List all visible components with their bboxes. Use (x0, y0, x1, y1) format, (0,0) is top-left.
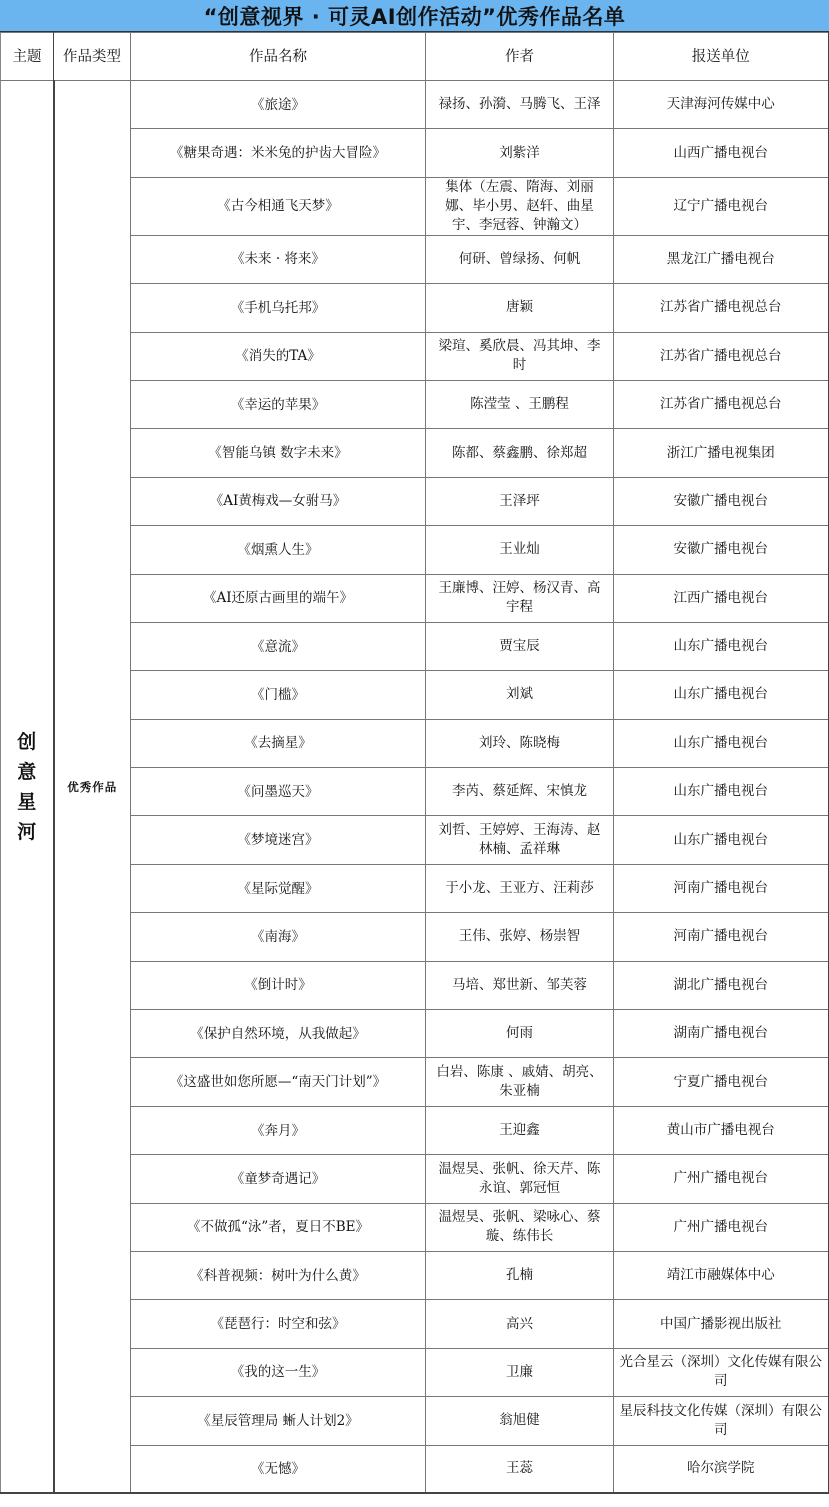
author-cell: 温煜昊、张帆、徐天芹、陈永谊、郭冠恒 (426, 1155, 614, 1203)
author-cell: 贾宝辰 (426, 622, 614, 670)
author-cell: 翁旭健 (426, 1397, 614, 1445)
document-title: “创意视界 · 可灵AI创作活动”优秀作品名单 (0, 0, 829, 32)
author-cell: 白岩、陈康 、戚婧、胡亮、朱亚楠 (426, 1058, 614, 1106)
submitting-unit-cell: 湖南广播电视台 (614, 1010, 829, 1058)
author-cell: 何研、曾绿扬、何帆 (426, 235, 614, 283)
theme-char: 河 (5, 817, 49, 847)
work-name-cell: 《不做孤“泳”者，夏日不BE》 (131, 1203, 426, 1251)
author-cell: 王蕊 (426, 1445, 614, 1493)
work-name-cell: 《手机乌托邦》 (131, 284, 426, 332)
author-cell: 集体（左震、隋海、刘丽娜、毕小男、赵轩、曲星宇、李冠蓉、钟瀚文） (426, 177, 614, 235)
author-cell: 梁瑄、奚欣晨、冯其坤、李时 (426, 332, 614, 380)
submitting-unit-cell: 湖北广播电视台 (614, 961, 829, 1009)
submitting-unit-cell: 江西广播电视台 (614, 574, 829, 622)
author-cell: 马培、郑世新、邹芙蓉 (426, 961, 614, 1009)
work-name-cell: 《意流》 (131, 622, 426, 670)
submitting-unit-cell: 靖江市融媒体中心 (614, 1251, 829, 1299)
work-name-cell: 《烟熏人生》 (131, 526, 426, 574)
theme-char: 意 (5, 757, 49, 787)
author-cell: 高兴 (426, 1300, 614, 1348)
work-name-cell: 《去摘星》 (131, 719, 426, 767)
author-cell: 何雨 (426, 1010, 614, 1058)
submitting-unit-cell: 江苏省广播电视总台 (614, 284, 829, 332)
work-name-cell: 《无憾》 (131, 1445, 426, 1493)
work-name-cell: 《奔月》 (131, 1106, 426, 1154)
author-cell: 禄扬、孙漪、马腾飞、王泽 (426, 81, 614, 129)
submitting-unit-cell: 天津海河传媒中心 (614, 81, 829, 129)
author-cell: 李芮、蔡延辉、宋慎龙 (426, 768, 614, 816)
work-name-cell: 《童梦奇遇记》 (131, 1155, 426, 1203)
submitting-unit-cell: 山东广播电视台 (614, 816, 829, 864)
work-name-cell: 《AI黄梅戏—女驸马》 (131, 477, 426, 525)
column-header-author: 作者 (426, 33, 614, 81)
submitting-unit-cell: 山东广播电视台 (614, 719, 829, 767)
award-list-table: 主题 作品类型 作品名称 作者 报送单位 创意星河优秀作品《旅途》禄扬、孙漪、马… (0, 32, 829, 1494)
submitting-unit-cell: 安徽广播电视台 (614, 526, 829, 574)
work-name-cell: 《琵琶行：时空和弦》 (131, 1300, 426, 1348)
theme-char: 创 (5, 727, 49, 757)
author-cell: 卫廉 (426, 1348, 614, 1396)
author-cell: 王伟、张婷、杨崇智 (426, 913, 614, 961)
column-header-work-name: 作品名称 (131, 33, 426, 81)
work-name-cell: 《梦境迷宫》 (131, 816, 426, 864)
column-header-submitting-unit: 报送单位 (614, 33, 829, 81)
work-name-cell: 《未来 · 将来》 (131, 235, 426, 283)
submitting-unit-cell: 山西广播电视台 (614, 129, 829, 177)
theme-char: 星 (5, 787, 49, 817)
author-cell: 刘紫洋 (426, 129, 614, 177)
author-cell: 刘玲、陈晓梅 (426, 719, 614, 767)
work-name-cell: 《AI还原古画里的端午》 (131, 574, 426, 622)
submitting-unit-cell: 广州广播电视台 (614, 1203, 829, 1251)
submitting-unit-cell: 黑龙江广播电视台 (614, 235, 829, 283)
table-row: 创意星河优秀作品《旅途》禄扬、孙漪、马腾飞、王泽天津海河传媒中心 (1, 81, 829, 129)
work-name-cell: 《科普视频：树叶为什么黄》 (131, 1251, 426, 1299)
submitting-unit-cell: 山东广播电视台 (614, 671, 829, 719)
column-header-work-type: 作品类型 (54, 33, 131, 81)
work-name-cell: 《问墨巡天》 (131, 768, 426, 816)
work-name-cell: 《消失的TA》 (131, 332, 426, 380)
submitting-unit-cell: 河南广播电视台 (614, 913, 829, 961)
work-name-cell: 《星际觉醒》 (131, 864, 426, 912)
column-header-theme: 主题 (1, 33, 54, 81)
author-cell: 陈滢莹 、王鹏程 (426, 380, 614, 428)
work-name-cell: 《幸运的苹果》 (131, 380, 426, 428)
submitting-unit-cell: 宁夏广播电视台 (614, 1058, 829, 1106)
submitting-unit-cell: 辽宁广播电视台 (614, 177, 829, 235)
submitting-unit-cell: 安徽广播电视台 (614, 477, 829, 525)
work-name-cell: 《南海》 (131, 913, 426, 961)
author-cell: 王泽坪 (426, 477, 614, 525)
submitting-unit-cell: 黄山市广播电视台 (614, 1106, 829, 1154)
author-cell: 陈都、蔡鑫鹏、徐郑超 (426, 429, 614, 477)
author-cell: 唐颖 (426, 284, 614, 332)
work-type-cell: 优秀作品 (54, 81, 131, 1494)
author-cell: 刘斌 (426, 671, 614, 719)
table-header-row: 主题 作品类型 作品名称 作者 报送单位 (1, 33, 829, 81)
author-cell: 王廉博、汪婷、杨汉青、高宇程 (426, 574, 614, 622)
author-cell: 王业灿 (426, 526, 614, 574)
author-cell: 于小龙、王亚方、汪莉莎 (426, 864, 614, 912)
submitting-unit-cell: 浙江广播电视集团 (614, 429, 829, 477)
submitting-unit-cell: 山东广播电视台 (614, 622, 829, 670)
submitting-unit-cell: 广州广播电视台 (614, 1155, 829, 1203)
table-body: 创意星河优秀作品《旅途》禄扬、孙漪、马腾飞、王泽天津海河传媒中心《糖果奇遇：米米… (1, 81, 829, 1494)
submitting-unit-cell: 江苏省广播电视总台 (614, 332, 829, 380)
submitting-unit-cell: 星辰科技文化传媒（深圳）有限公司 (614, 1397, 829, 1445)
work-name-cell: 《倒计时》 (131, 961, 426, 1009)
submitting-unit-cell: 光合星云（深圳）文化传媒有限公司 (614, 1348, 829, 1396)
author-cell: 王迎鑫 (426, 1106, 614, 1154)
theme-cell: 创意星河 (1, 81, 54, 1494)
work-name-cell: 《星辰管理局 蜥人计划2》 (131, 1397, 426, 1445)
submitting-unit-cell: 哈尔滨学院 (614, 1445, 829, 1493)
author-cell: 刘哲、王婷婷、王海涛、赵林楠、孟祥琳 (426, 816, 614, 864)
work-name-cell: 《糖果奇遇：米米兔的护齿大冒险》 (131, 129, 426, 177)
work-name-cell: 《旅途》 (131, 81, 426, 129)
submitting-unit-cell: 中国广播影视出版社 (614, 1300, 829, 1348)
author-cell: 孔楠 (426, 1251, 614, 1299)
submitting-unit-cell: 江苏省广播电视总台 (614, 380, 829, 428)
work-name-cell: 《这盛世如您所愿—“南天门计划”》 (131, 1058, 426, 1106)
work-name-cell: 《我的这一生》 (131, 1348, 426, 1396)
work-name-cell: 《古今相通飞天梦》 (131, 177, 426, 235)
work-name-cell: 《门槛》 (131, 671, 426, 719)
work-name-cell: 《智能乌镇 数字未来》 (131, 429, 426, 477)
work-name-cell: 《保护自然环境，从我做起》 (131, 1010, 426, 1058)
submitting-unit-cell: 山东广播电视台 (614, 768, 829, 816)
author-cell: 温煜昊、张帆、梁咏心、蔡璇、练伟长 (426, 1203, 614, 1251)
submitting-unit-cell: 河南广播电视台 (614, 864, 829, 912)
